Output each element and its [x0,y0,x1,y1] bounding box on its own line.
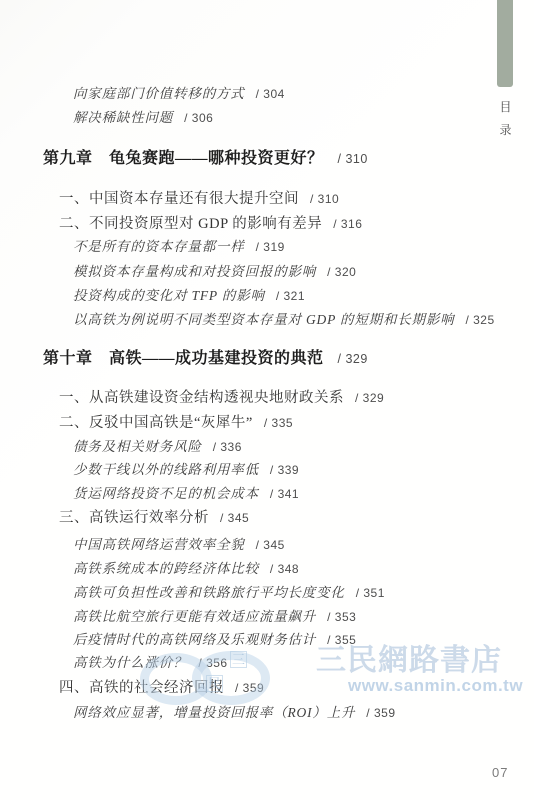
toc-chapter-entry: 第九章 龟兔赛跑——哪种投资更好？ / 310 [43,150,368,168]
toc-entry-title: 后疫情时代的高铁网络及乐观财务估计 [73,631,316,649]
toc-entry: 后疫情时代的高铁网络及乐观财务估计 / 355 [73,631,356,649]
toc-entry-title: 投资构成的变化对 TFP 的影响 [73,287,265,305]
toc-entry-title: 高铁比航空旅行更能有效适应流量飙升 [73,608,316,626]
toc-entry: 向家庭部门价值转移的方式 / 304 [73,85,285,103]
toc-entry-page: / 345 [220,509,249,527]
toc-entry: 高铁比航空旅行更能有效适应流量飙升 / 353 [73,608,356,626]
toc-entry-title: 四、高铁的社会经济回报 [59,679,224,697]
toc-entry-page: / 339 [270,461,299,479]
toc-entry-title: 一、中国资本存量还有很大提升空间 [59,190,299,208]
toc-entry-page: / 348 [270,560,299,578]
toc-entry-page: / 359 [235,679,264,697]
toc-vertical-label-char: 目 [498,101,513,113]
toc-entry: 投资构成的变化对 TFP 的影响 / 321 [73,287,305,305]
watermark-logo-char: 三 [230,651,247,668]
toc-entry-page: / 356 [198,654,227,672]
toc-entry-title: 债务及相关财务风险 [73,438,202,456]
toc-entry-title: 一、从高铁建设资金结构透视央地财政关系 [59,389,344,407]
toc-entry-title: 网络效应显著，增量投资回报率（ROI）上升 [73,704,355,722]
toc-entry-title: 向家庭部门价值转移的方式 [73,85,245,103]
toc-entry-page: / 321 [276,287,305,305]
toc-entry: 三、高铁运行效率分析 / 345 [59,509,249,527]
watermark-brand-text: 三民網路書店 [316,645,502,677]
toc-entry-page: / 351 [356,584,385,602]
toc-entry-page: / 359 [366,704,395,722]
toc-entry: 一、从高铁建设资金结构透视央地财政关系 / 329 [59,389,384,407]
toc-entry: 以高铁为例说明不同类型资本存量对 GDP 的短期和长期影响 / 325 [73,311,495,329]
toc-entry-title: 二、不同投资原型对 GDP 的影响有差异 [59,215,322,233]
toc-entry: 高铁系统成本的跨经济体比较 / 348 [73,560,299,578]
chapter-tab-marker [497,0,513,87]
toc-vertical-label-char: 录 [498,124,513,136]
toc-entry-title: 高铁为什么涨价？ [73,654,187,672]
toc-entry-page: / 325 [465,311,494,329]
page-number: 07 [492,765,508,780]
toc-vertical-label: 目 录 [498,101,513,147]
toc-entry-title: 少数干线以外的线路利用率低 [73,461,259,479]
toc-entry-title: 第九章 龟兔赛跑——哪种投资更好？ [43,150,324,168]
toc-entry: 解决稀缺性问题 / 306 [73,109,213,127]
toc-entry-title: 不是所有的资本存量都一样 [73,238,245,256]
toc-entry-page: / 310 [310,190,339,208]
toc-entry: 债务及相关财务风险 / 336 [73,438,242,456]
toc-entry-title: 以高铁为例说明不同类型资本存量对 GDP 的短期和长期影响 [73,311,454,329]
toc-entry-title: 二、反驳中国高铁是“灰犀牛” [59,414,253,432]
toc-entry-title: 中国高铁网络运营效率全貌 [73,536,245,554]
toc-entry: 二、反驳中国高铁是“灰犀牛” / 335 [59,414,293,432]
toc-entry: 高铁为什么涨价？ / 356 [73,654,228,672]
toc-entry-page: / 319 [256,238,285,256]
toc-entry: 少数干线以外的线路利用率低 / 339 [73,461,299,479]
toc-entry-page: / 355 [327,631,356,649]
toc-entry-title: 高铁系统成本的跨经济体比较 [73,560,259,578]
toc-entry-title: 货运网络投资不足的机会成本 [73,485,259,503]
toc-entry-page: / 353 [327,608,356,626]
toc-entry-page: / 306 [184,109,213,127]
toc-entry: 网络效应显著，增量投资回报率（ROI）上升 / 359 [73,704,396,722]
toc-entry-page: / 320 [327,263,356,281]
toc-chapter-entry: 第十章 高铁——成功基建投资的典范 / 329 [43,350,368,368]
toc-entry-page: / 329 [355,389,384,407]
toc-entry-page: / 345 [256,536,285,554]
toc-entry-page: / 341 [270,485,299,503]
toc-entry: 模拟资本存量构成和对投资回报的影响 / 320 [73,263,356,281]
toc-entry-page: / 316 [333,215,362,233]
toc-entry-title: 模拟资本存量构成和对投资回报的影响 [73,263,316,281]
toc-entry-page: / 310 [338,150,368,168]
scanned-toc-page: 目 录 向家庭部门价值转移的方式 / 304 解决稀缺性问题 / 306 第九章… [0,0,534,800]
toc-entry: 货运网络投资不足的机会成本 / 341 [73,485,299,503]
toc-entry-page: / 336 [213,438,242,456]
toc-entry: 不是所有的资本存量都一样 / 319 [73,238,285,256]
toc-entry: 高铁可负担性改善和铁路旅行平均长度变化 / 351 [73,584,385,602]
toc-entry-page: / 304 [256,85,285,103]
toc-entry-title: 高铁可负担性改善和铁路旅行平均长度变化 [73,584,345,602]
toc-entry: 一、中国资本存量还有很大提升空间 / 310 [59,190,339,208]
toc-entry-page: / 329 [338,350,368,368]
toc-entry: 中国高铁网络运营效率全貌 / 345 [73,536,285,554]
toc-entry-title: 解决稀缺性问题 [73,109,173,127]
toc-entry: 四、高铁的社会经济回报 / 359 [59,679,264,697]
toc-entry: 二、不同投资原型对 GDP 的影响有差异 / 316 [59,215,362,233]
toc-entry-page: / 335 [264,414,293,432]
watermark-url-text: www.sanmin.com.tw [348,676,523,696]
toc-entry-title: 第十章 高铁——成功基建投资的典范 [43,350,324,368]
toc-entry-title: 三、高铁运行效率分析 [59,509,209,527]
